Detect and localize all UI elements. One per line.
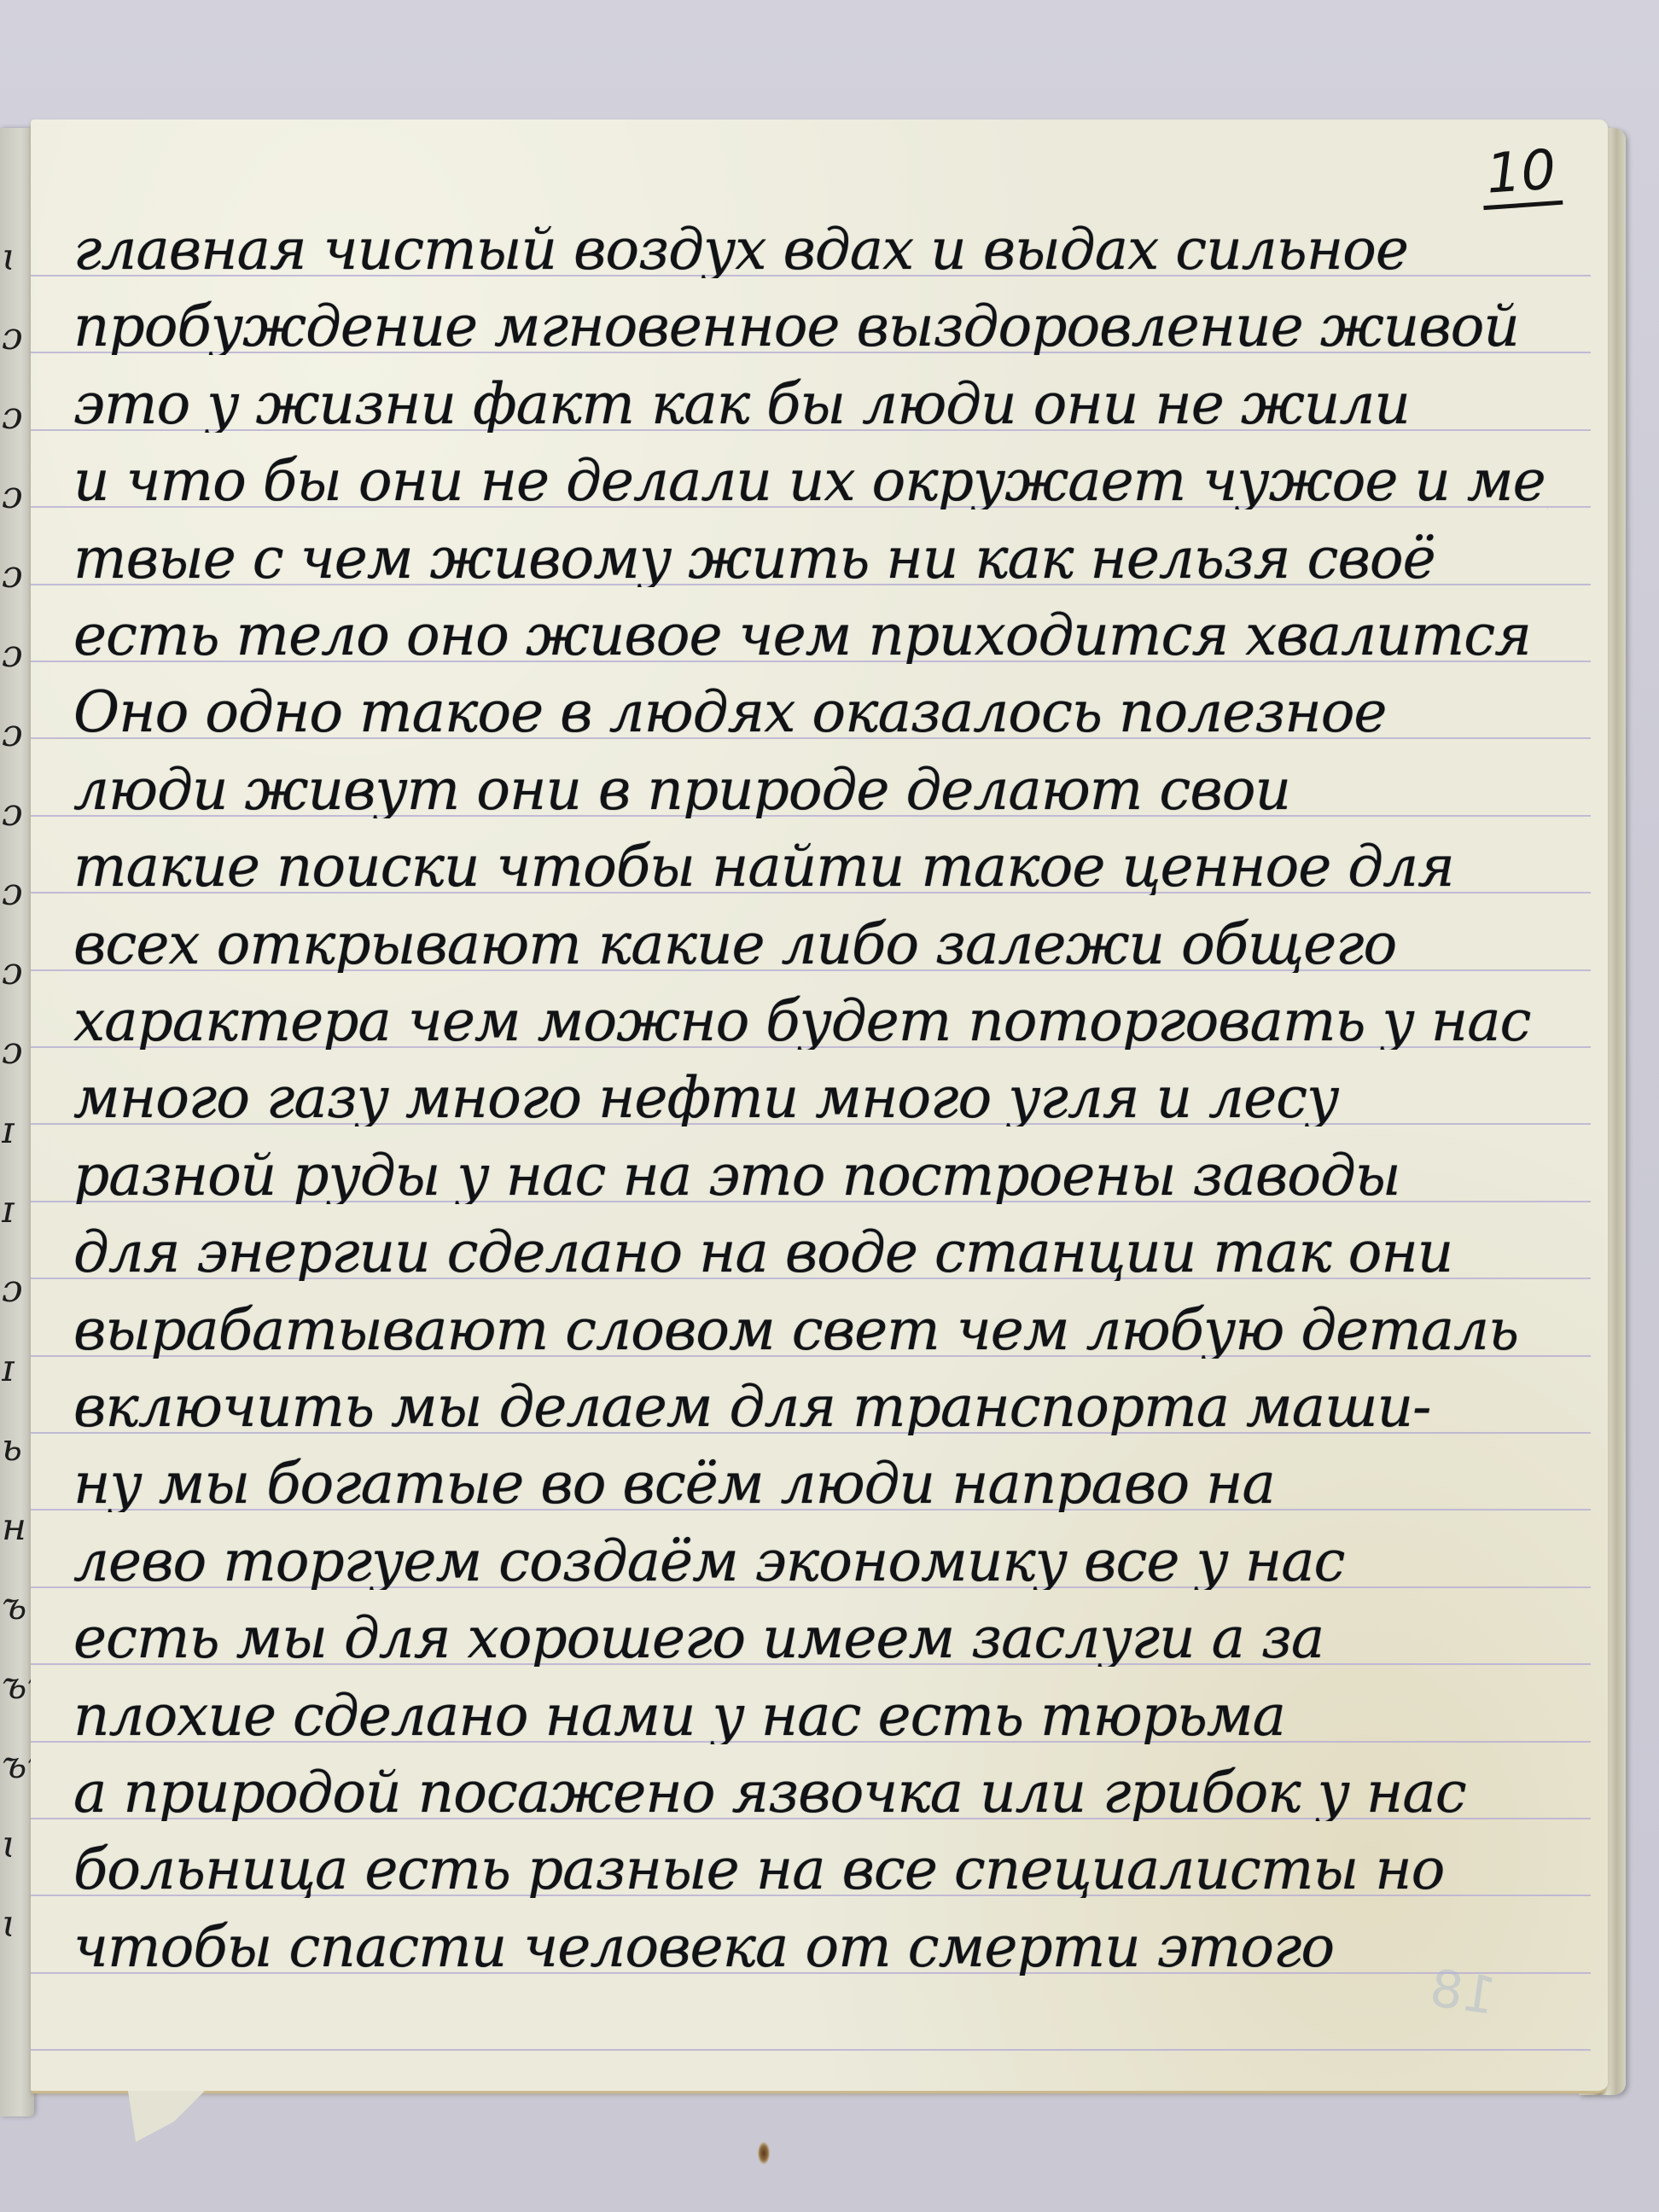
handwritten-line: пробуждение мгновенное выздоровление жив… <box>73 299 1548 355</box>
previous-page-text-fragment: ɔ <box>2 715 31 753</box>
previous-page-text-fragment: ɩ <box>2 1906 31 1943</box>
previous-page-text-fragment: ɔ <box>2 398 31 435</box>
handwritten-line: ну мы богатые во всём люди направо на <box>73 1456 1548 1512</box>
previous-page-text-fragment: ɔ <box>2 953 31 991</box>
handwritten-line: всех открывают какие либо залежи общего <box>73 917 1548 973</box>
handwritten-line: включить мы делаем для транспорта маши- <box>73 1379 1548 1435</box>
previous-page-text-fragment: ɔ <box>2 874 31 911</box>
previous-page-text-fragment: ɪ <box>2 1350 31 1388</box>
handwritten-line: главная чистый воздух вдах и выдах сильн… <box>73 222 1548 278</box>
handwritten-line: а природой посажено язвочка или грибок у… <box>73 1765 1548 1821</box>
handwritten-line: есть тело оно живое чем приходится хвали… <box>73 608 1548 664</box>
previous-page-text-fragment: ɔ <box>2 556 31 594</box>
previous-page-text-fragment: ɔ <box>2 1033 31 1070</box>
previous-page-text-fragment: ъъ <box>2 1668 31 1705</box>
handwritten-line: характера чем можно будет поторговать у … <box>73 993 1548 1050</box>
paper-stain <box>758 2142 770 2164</box>
handwritten-line: люди живут они в природе делают свои <box>73 762 1548 818</box>
previous-page-text-fragment: ɔ <box>2 477 31 515</box>
previous-page-text-fragment: ь <box>2 1429 31 1467</box>
handwritten-line: лево торгуем создаём экономику все у нас <box>73 1534 1548 1590</box>
handwritten-line: плохие сделано нами у нас есть тюрьма <box>73 1688 1548 1744</box>
handwritten-line: больница есть разные на все специалисты … <box>73 1842 1548 1898</box>
previous-page-text-fragment: ɔ <box>2 1271 31 1308</box>
previous-page-text-fragment: ъъ <box>2 1747 31 1784</box>
handwritten-line: Оно одно такое в людях оказалось полезно… <box>73 684 1548 741</box>
previous-page-text-fragment: ɪ <box>2 1112 31 1150</box>
handwritten-line: и что бы они не делали их окружает чужое… <box>73 453 1548 509</box>
handwritten-line: это у жизни факт как бы люди они не жили <box>73 376 1548 433</box>
previous-page-text-fragment: ъ <box>2 1588 31 1626</box>
page-number: 10 <box>1480 143 1563 210</box>
handwritten-line: твые с чем живому жить ни как нельзя сво… <box>73 531 1548 587</box>
handwritten-line: для энергии сделано на воде станции так … <box>73 1225 1548 1281</box>
previous-page-text-fragment: н <box>2 1509 31 1546</box>
handwritten-line: чтобы спасти человека от смерти этого <box>73 1919 1548 1976</box>
previous-page-text-fragment: ɩ <box>2 1826 31 1864</box>
handwritten-line: разной руды у нас на это построены завод… <box>73 1148 1548 1204</box>
handwritten-line: вырабатывают словом свет чем любую детал… <box>73 1302 1548 1359</box>
handwritten-line: есть мы для хорошего имеем заслуги а за <box>73 1610 1548 1667</box>
previous-page-edge: ɩɔɔɔɔɔɔɔɔɔɔɪɪɔɪьнъъъъъɩɩ <box>0 128 34 2116</box>
previous-page-text-fragment: ɪ <box>2 1191 31 1229</box>
previous-page-text-fragment: ɔ <box>2 795 31 832</box>
previous-page-text-fragment: ɩ <box>2 239 31 276</box>
notebook-page: 10 18 главная чистый воздух вдах и выдах… <box>31 119 1608 2093</box>
previous-page-text-fragment: ɔ <box>2 636 31 673</box>
ruled-line <box>31 2049 1591 2051</box>
handwritten-line: такие поиски чтобы найти такое ценное дл… <box>73 839 1548 895</box>
previous-page-text-fragment: ɔ <box>2 318 31 356</box>
handwritten-line: много газу много нефти много угля и лесу <box>73 1070 1548 1126</box>
